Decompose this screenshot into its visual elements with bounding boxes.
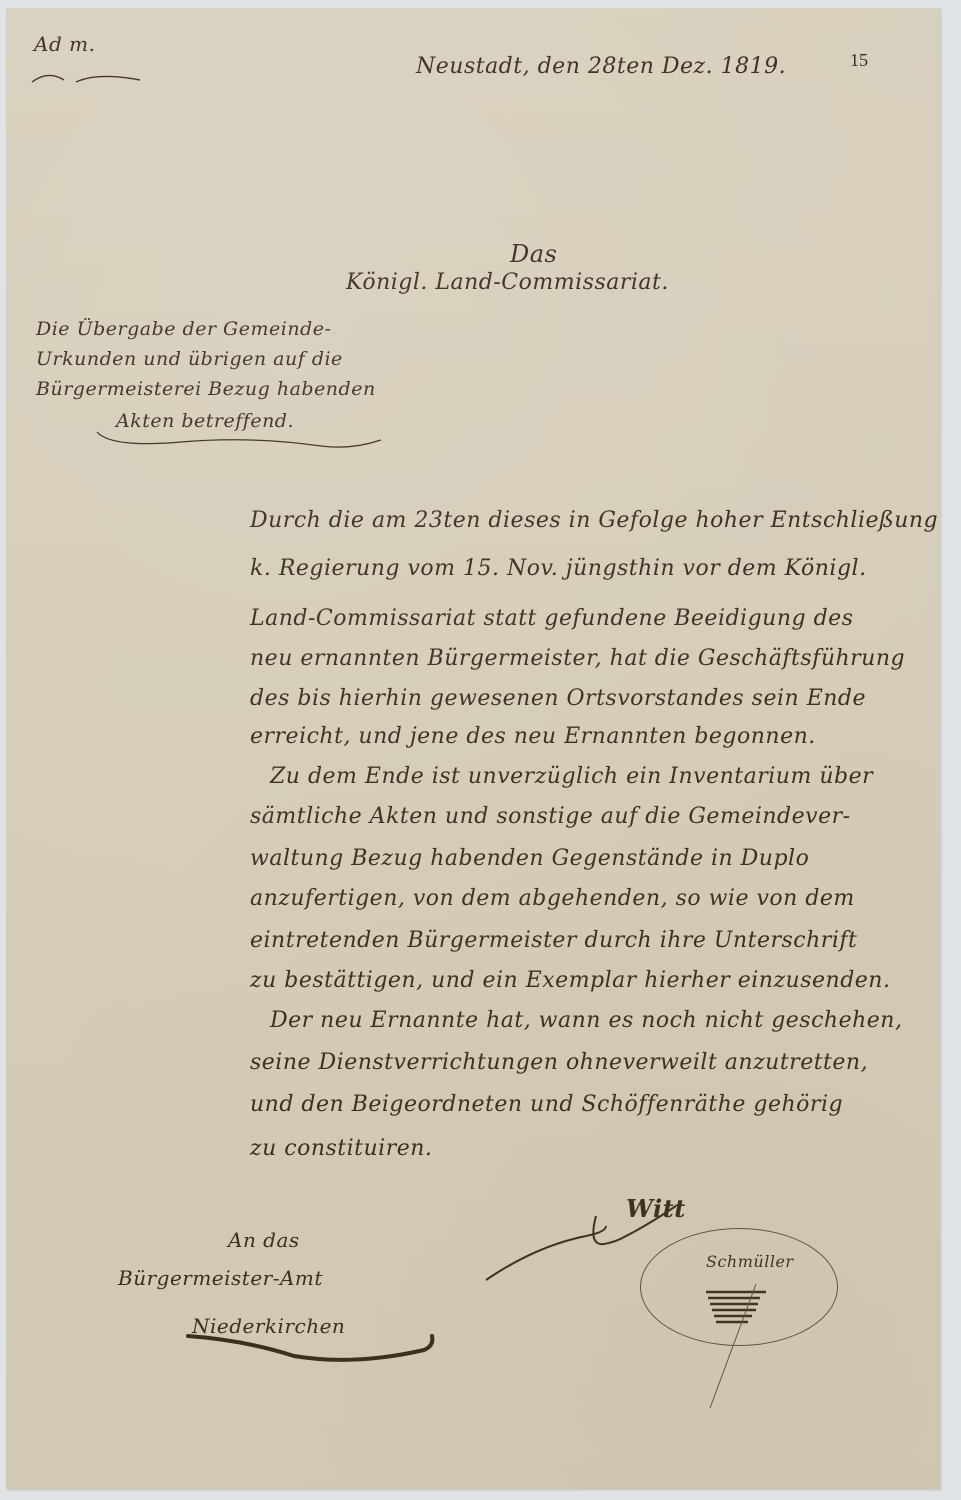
place-date: Neustadt, den 28ten Dez. 1819. bbox=[416, 54, 786, 79]
body-line: Zu dem Ende ist unverzüglich ein Inventa… bbox=[270, 764, 873, 789]
addressee-line: An das bbox=[228, 1228, 300, 1252]
body-line: Land-Commissariat statt gefundene Beeidi… bbox=[250, 606, 854, 631]
body-line: sämtliche Akten und sonstige auf die Gem… bbox=[250, 804, 851, 829]
subject-line: Urkunden und übrigen auf die bbox=[36, 348, 343, 370]
body-line: und den Beigeordneten und Schöffenräthe … bbox=[250, 1092, 843, 1117]
body-line: neu ernannten Bürgermeister, hat die Ges… bbox=[250, 646, 905, 671]
signature-2: Schmüller bbox=[706, 1252, 794, 1271]
sender-article: Das bbox=[510, 240, 557, 268]
seal-scribble-icon bbox=[696, 1278, 776, 1418]
body-line: seine Dienstverrichtungen ohneverweilt a… bbox=[250, 1050, 868, 1075]
signature-1: Witt bbox=[626, 1194, 686, 1223]
body-line: eintretenden Bürgermeister durch ihre Un… bbox=[250, 928, 857, 953]
body-line: zu bestättigen, und ein Exemplar hierher… bbox=[250, 968, 890, 993]
addressee-line: Bürgermeister-Amt bbox=[118, 1266, 323, 1290]
addressee-line: Niederkirchen bbox=[192, 1314, 345, 1338]
body-line: zu constituiren. bbox=[250, 1136, 432, 1161]
body-line: waltung Bezug habenden Gegenstände in Du… bbox=[250, 846, 809, 871]
body-line: Durch die am 23ten dieses in Gefolge hoh… bbox=[250, 508, 938, 533]
body-line: Der neu Ernannte hat, wann es noch nicht… bbox=[270, 1008, 902, 1033]
signature-1-flourish-icon bbox=[476, 1196, 716, 1286]
seal-outline bbox=[640, 1228, 838, 1346]
margin-mark: Ad m. bbox=[34, 32, 95, 56]
body-line: des bis hierhin gewesenen Ortsvorstandes… bbox=[250, 686, 866, 711]
body-line: anzufertigen, von dem abgehenden, so wie… bbox=[250, 886, 855, 911]
body-line: erreicht, und jene des neu Ernannten beg… bbox=[250, 724, 816, 749]
folio-number: 15 bbox=[850, 50, 868, 71]
document-page: Ad m. Neustadt, den 28ten Dez. 1819. 15 … bbox=[6, 8, 940, 1489]
subject-line: Akten betreffend. bbox=[116, 410, 294, 432]
subject-line: Bürgermeisterei Bezug habenden bbox=[36, 378, 376, 400]
addressee-underline-flourish-icon bbox=[184, 1328, 440, 1368]
subject-line: Die Übergabe der Gemeinde- bbox=[36, 318, 331, 340]
subject-underline-flourish-icon bbox=[91, 428, 391, 454]
body-line: k. Regierung vom 15. Nov. jüngsthin vor … bbox=[250, 556, 867, 581]
margin-flourish-icon bbox=[28, 70, 148, 88]
sender-title: Königl. Land-Commissariat. bbox=[346, 270, 669, 295]
